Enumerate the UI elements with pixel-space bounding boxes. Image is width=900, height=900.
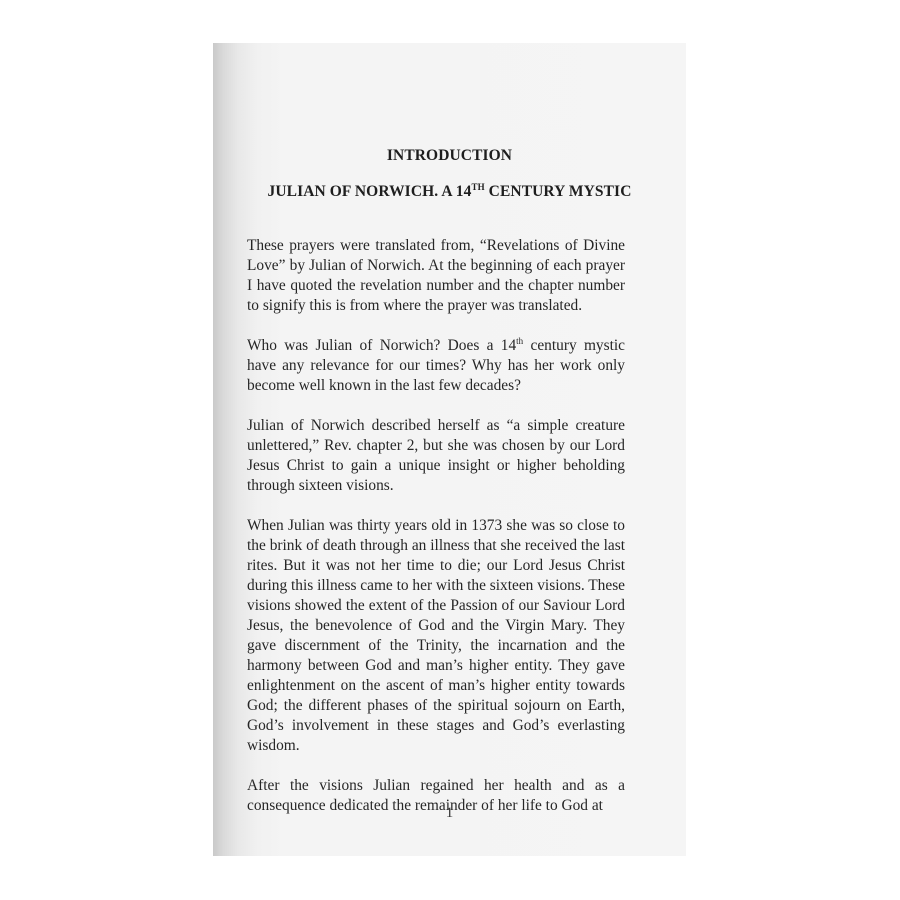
paragraph-visions: When Julian was thirty years old in 1373… [247,516,625,756]
section-title: INTRODUCTION [213,147,686,165]
paragraph-translation-note: These prayers were translated from, “Rev… [247,236,625,316]
paragraph-questions: Who was Julian of Norwich? Does a 14th c… [247,336,625,396]
chapter-title-text-end: CENTURY MYSTIC [485,183,632,200]
chapter-title-superscript: TH [471,182,484,192]
paragraph-self-description: Julian of Norwich described herself as “… [247,416,625,496]
page-number: 1 [213,805,686,822]
body-text: These prayers were translated from, “Rev… [247,236,625,836]
book-page: INTRODUCTION JULIAN OF NORWICH. A 14TH C… [213,43,686,856]
chapter-title: JULIAN OF NORWICH. A 14TH CENTURY MYSTIC [213,183,686,201]
paragraph-text: Who was Julian of Norwich? Does a 14 [247,337,516,354]
chapter-title-text: JULIAN OF NORWICH. A 14 [267,183,471,200]
